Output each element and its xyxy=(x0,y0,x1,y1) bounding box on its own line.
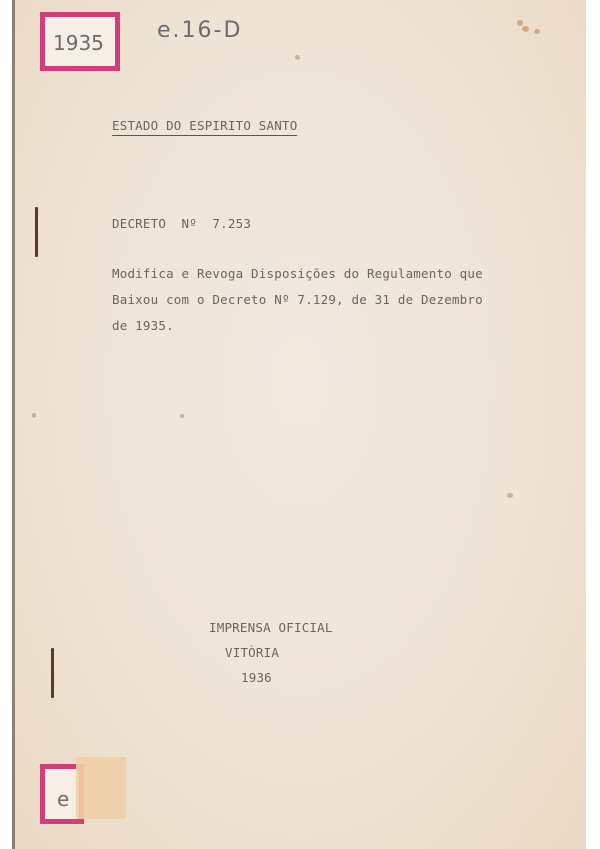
staple xyxy=(51,648,54,698)
publisher: IMPRENSA OFICIAL xyxy=(209,620,333,635)
binding-spine xyxy=(12,0,15,849)
page-margin xyxy=(586,0,600,849)
bottom-stamp-text: e xyxy=(57,787,69,811)
stain xyxy=(507,493,513,498)
stain xyxy=(517,20,523,26)
stain xyxy=(32,413,36,418)
stain xyxy=(295,55,300,60)
stain xyxy=(522,26,529,32)
decree-number: DECRETO Nº 7.253 xyxy=(112,216,251,231)
stain xyxy=(534,29,540,34)
city: VITÒRIA xyxy=(225,645,279,660)
description-line-1: Modifica e Revoga Disposições do Regulam… xyxy=(112,266,483,281)
tape-patch xyxy=(76,757,126,819)
description-line-2: Baixou com o Decreto Nº 7.129, de 31 de … xyxy=(112,292,483,307)
state-header: ESTADO DO ESPIRITO SANTO xyxy=(112,118,297,136)
stain xyxy=(180,414,184,418)
stamp-year: 1935 xyxy=(53,31,104,55)
staple xyxy=(35,207,38,257)
catalog-code: e.16-D xyxy=(157,18,242,43)
description-line-3: de 1935. xyxy=(112,318,174,333)
year-stamp: 1935 xyxy=(40,12,120,71)
document-page xyxy=(12,0,587,849)
publication-year: 1936 xyxy=(241,670,272,685)
